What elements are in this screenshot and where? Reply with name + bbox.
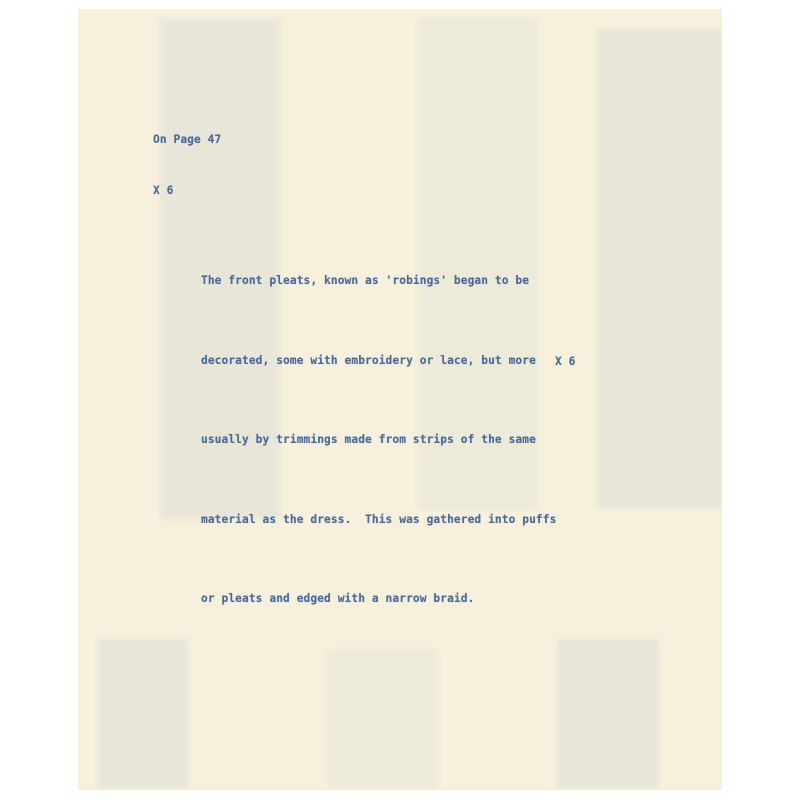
- ink-bleed-through: [558, 639, 658, 789]
- paragraph-line: usually by trimmings made from strips of…: [201, 427, 556, 454]
- insert-marker-top: X 6: [153, 184, 174, 197]
- paper-sheet: On Page 47 X 6 The front pleats, known a…: [78, 9, 722, 790]
- paragraph-line: decorated, some with embroidery or lace,…: [201, 348, 556, 375]
- ink-bleed-through: [598, 29, 722, 509]
- paragraph-line: material as the dress. This was gathered…: [201, 507, 556, 534]
- paragraph-line: or pleats and edged with a narrow braid.: [201, 586, 556, 613]
- page-reference: On Page 47: [153, 133, 221, 146]
- paragraph-line: The front pleats, known as 'robings' beg…: [201, 268, 556, 295]
- ink-bleed-through: [328, 649, 438, 789]
- insert-marker-bottom: X 6: [555, 355, 576, 368]
- ink-bleed-through: [98, 639, 188, 789]
- body-paragraph: The front pleats, known as 'robings' beg…: [201, 215, 556, 666]
